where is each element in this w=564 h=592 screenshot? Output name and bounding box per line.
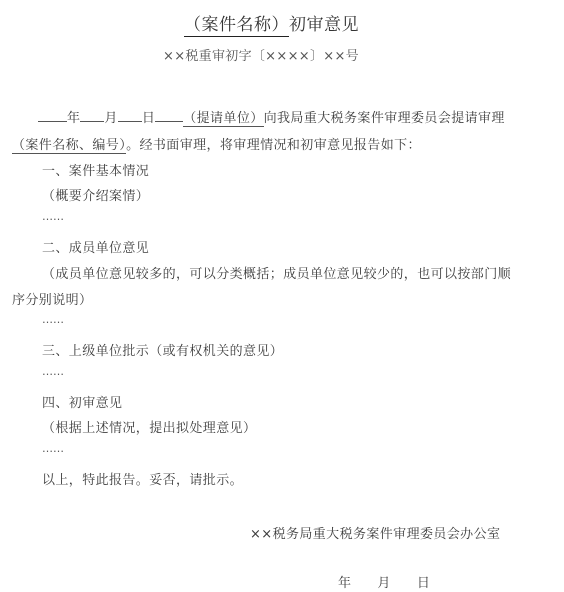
unit-blank [155, 107, 183, 122]
section-2-ellipsis: …… [42, 313, 64, 326]
signature-date: 年月日 [338, 572, 430, 591]
section-4-heading: 四、初审意见 [42, 392, 122, 411]
section-1-heading: 一、案件基本情况 [42, 160, 149, 179]
section-3-ellipsis: …… [42, 365, 64, 378]
signature-office: ××税务局重大税务案件审理委员会办公室 [250, 523, 500, 542]
section-1-ellipsis: …… [42, 210, 64, 223]
section-2-note-line-2: 序分别说明） [12, 289, 92, 308]
section-1-note: （概要介绍案情） [42, 185, 149, 204]
section-4-ellipsis: …… [42, 442, 64, 455]
day-blank [118, 107, 142, 122]
year-label: 年 [67, 111, 80, 126]
section-4-note: （根据上述情况，提出拟处理意见） [42, 417, 256, 436]
title-suffix: 初审意见 [289, 15, 359, 35]
month-label: 月 [104, 111, 117, 126]
closing-statement: 以上，特此报告。妥否，请批示。 [42, 469, 243, 488]
intro-line-2: （案件名称、编号）。经书面审理，将审理情况和初审意见报告如下： [12, 134, 421, 153]
day-label: 日 [142, 111, 155, 126]
section-2-note-line-1: （成员单位意见较多的，可以分类概括；成员单位意见较少的，也可以按部门顺 [42, 263, 511, 282]
date-day-label: 日 [417, 576, 430, 591]
date-month-label: 月 [377, 576, 390, 591]
date-year-label: 年 [338, 576, 351, 591]
year-blank [38, 107, 67, 122]
month-blank [80, 107, 104, 122]
document-number: ××税重审初字〔××××〕××号 [163, 45, 359, 64]
document-title: （案件名称）初审意见 [184, 10, 359, 35]
title-case-name-placeholder: （案件名称） [184, 15, 289, 37]
intro-line-1: 年月日（提请单位）向我局重大税务案件审理委员会提请审理 [38, 107, 505, 126]
requesting-unit-placeholder: （提请单位） [183, 111, 263, 127]
intro-line-2-text: 。经书面审理，将审理情况和初审意见报告如下： [126, 138, 421, 153]
case-name-number-placeholder: （案件名称、编号） [12, 138, 126, 154]
intro-line-1-text: 向我局重大税务案件审理委员会提请审理 [264, 111, 505, 126]
section-2-heading: 二、成员单位意见 [42, 237, 149, 256]
section-3-heading: 三、上级单位批示（或有权机关的意见） [42, 340, 283, 359]
